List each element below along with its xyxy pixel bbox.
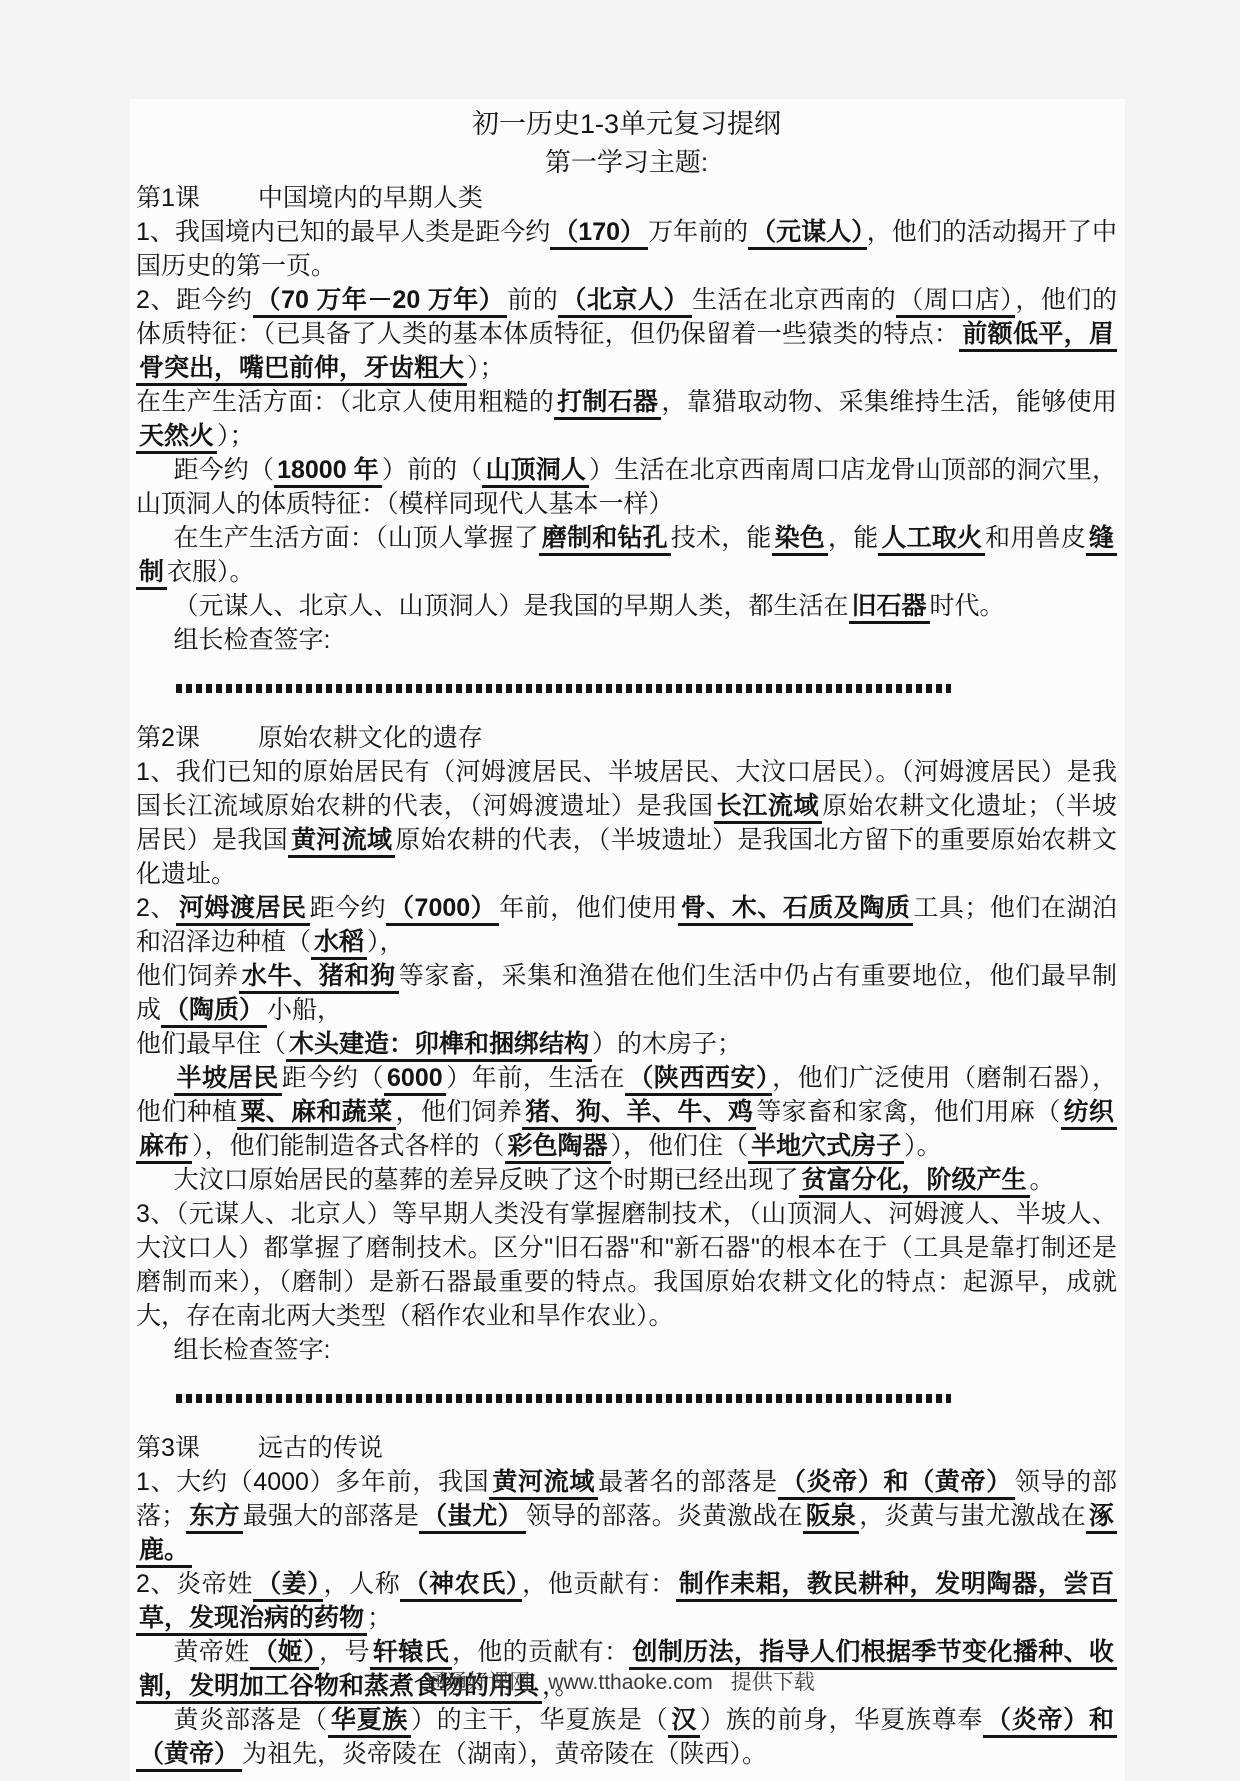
document-page: 初一历史1-3单元复习提纲 第一学习主题: 第1课中国境内的早期人类1、我国境内… — [130, 99, 1125, 1754]
section-heading: 第1课中国境内的早期人类 — [136, 181, 1117, 215]
text-run: 1、大约（4000）多年前，我国 — [136, 1468, 489, 1496]
filled-blank-text: 彩色陶器 — [505, 1132, 611, 1164]
filled-blank-text: （炎帝）和（黄帝） — [778, 1468, 1015, 1500]
text-run: 万年前的 — [648, 218, 748, 246]
paragraph: 距今约（18000 年）前的（山顶洞人）生活在北京西南周口店龙骨山顶部的洞穴里，… — [136, 453, 1117, 521]
paragraph: 2、河姆渡居民距今约（7000）年前，他们使用骨、木、石质及陶质工具；他们在湖泊… — [136, 891, 1117, 959]
signature-label: 组长检查签字: — [136, 623, 1117, 657]
text-run: ，人称 — [323, 1570, 400, 1598]
filled-blank-text: 人工取火 — [878, 524, 985, 556]
section-number: 第1课 — [136, 181, 200, 215]
section-number: 第3课 — [136, 1431, 200, 1465]
filled-blank-text: 18000 年 — [274, 456, 382, 488]
filled-blank-text: （70 万年－20 万年） — [253, 286, 508, 318]
paragraph: 他们最早住（木头建造：卯榫和捆绑结构）的木房子； — [136, 1027, 1117, 1061]
filled-blank-text: 黄河流域 — [489, 1468, 598, 1500]
text-run: 为祖先，炎帝陵在（湖南），黄帝陵在（陕西）。 — [242, 1740, 767, 1754]
text-run: ，他的贡献有： — [452, 1638, 630, 1666]
text-run: 前的 — [507, 286, 558, 314]
section-heading: 第3课远古的传说 — [136, 1431, 1117, 1465]
text-run: 和用兽皮 — [985, 524, 1086, 552]
section-title: 原始农耕文化的遗存 — [258, 721, 483, 755]
signature-label: 组长检查签字: — [136, 1333, 1117, 1367]
filled-blank-text: 打制石器 — [554, 388, 661, 420]
paragraph: 3、（元谋人、北京人）等早期人类没有掌握磨制技术，（山顶洞人、河姆渡人、半坡人、… — [136, 1197, 1117, 1333]
text-run: ； — [367, 1604, 392, 1632]
text-run: ，能 — [828, 524, 878, 552]
section-heading: 第2课原始农耕文化的遗存 — [136, 721, 1117, 755]
text-run: ），他们能制造各式各样的（ — [192, 1132, 505, 1160]
text-run: ）年前，生活在 — [446, 1064, 626, 1092]
filled-blank-text: 半坡居民 — [174, 1064, 282, 1096]
text-run: 小船， — [267, 996, 342, 1024]
paragraph: 他们饲养水牛、猪和狗等家畜，采集和渔猎在他们生活中仍占有重要地位，他们最早制成（… — [136, 959, 1117, 1027]
paragraph: 1、我国境内已知的最早人类是距今约（170）万年前的（元谋人），他们的活动揭开了… — [136, 215, 1117, 283]
text-run: ，号 — [319, 1638, 370, 1666]
page-footer: 通通好课网www.tthaoke.com提供下载 — [0, 1668, 1240, 1698]
text-run: 年前，他们使用 — [499, 894, 678, 922]
text-run: ）的主干，华夏族是（ — [411, 1706, 668, 1734]
text-run: ）， — [367, 928, 405, 956]
text-run: 距今约（ — [282, 1064, 384, 1092]
text-run: 黄帝姓 — [174, 1638, 250, 1666]
filled-blank-text: 水牛、猪和狗 — [239, 962, 399, 994]
text-run: 最强大的部落是 — [243, 1502, 419, 1530]
text-run: （元谋人、北京人、山顶洞人）是我国的早期人类，都生活在 — [174, 592, 849, 620]
paragraph: 在生产生活方面：（山顶人掌握了磨制和钻孔技术，能染色，能人工取火和用兽皮缝制衣服… — [136, 521, 1117, 589]
filled-blank-text: （陶质） — [161, 996, 267, 1028]
text-run: 最著名的部落是 — [598, 1468, 778, 1496]
text-run: 衣服）。 — [167, 558, 255, 586]
filled-blank-text: （陕西西安） — [625, 1064, 772, 1096]
filled-blank-text: 阪泉 — [803, 1502, 859, 1534]
text-run: 2、炎帝姓 — [136, 1570, 253, 1598]
filled-blank-text: 猪、狗、羊、牛、鸡 — [522, 1098, 756, 1130]
text-run: 他们饲养 — [136, 962, 239, 990]
text-run: ），他们住（ — [611, 1132, 749, 1160]
paragraph: 在生产生活方面：（北京人使用粗糙的打制石器，靠猎取动物、采集维持生活，能够使用天… — [136, 385, 1117, 453]
filled-blank-text: （姜） — [253, 1570, 323, 1602]
section-3: 第3课远古的传说1、大约（4000）多年前，我国黄河流域最著名的部落是（炎帝）和… — [136, 1431, 1117, 1754]
section-2: 第2课原始农耕文化的遗存1、我们已知的原始居民有（河姆渡居民、半坡居民、大汶口居… — [136, 721, 1117, 1403]
paragraph: 黄炎部落是（华夏族）的主干，华夏族是（汉）族的前身，华夏族尊奉（炎帝）和（黄帝）… — [136, 1703, 1117, 1754]
footer-download-text: 提供下载 — [731, 1671, 815, 1694]
paragraph: 1、我们已知的原始居民有（河姆渡居民、半坡居民、大汶口居民）。（河姆渡居民）是我… — [136, 755, 1117, 891]
text-run: ）； — [217, 422, 255, 450]
text-run: 2、距今约 — [136, 286, 253, 314]
filled-blank-text: 华夏族 — [328, 1706, 411, 1738]
section-1: 第1课中国境内的早期人类1、我国境内已知的最早人类是距今约（170）万年前的（元… — [136, 181, 1117, 693]
filled-blank-text: 骨、木、石质及陶质 — [678, 894, 914, 926]
sections-container: 第1课中国境内的早期人类1、我国境内已知的最早人类是距今约（170）万年前的（元… — [136, 181, 1117, 1754]
filled-blank-text: （元谋人） — [748, 218, 867, 250]
footer-site-name: 通通好课网 — [425, 1671, 530, 1694]
text-run: 在生产生活方面：（山顶人掌握了 — [174, 524, 539, 552]
filled-blank-text: （姬） — [250, 1638, 320, 1670]
text-run: 大汶口原始居民的墓葬的差异反映了这个时期已经出现了 — [174, 1166, 799, 1194]
filled-blank-text: 河姆渡居民 — [176, 894, 310, 926]
text-run: 黄炎部落是（ — [174, 1706, 328, 1734]
text-run: 3、（元谋人、北京人）等早期人类没有掌握磨制技术，（山顶洞人、河姆渡人、半坡人、… — [136, 1200, 1117, 1330]
text-run: 领导的部落。炎黄激战在 — [526, 1502, 803, 1530]
filled-blank-text: 水稻 — [311, 928, 367, 960]
paragraph: 大汶口原始居民的墓葬的差异反映了这个时期已经出现了贫富分化，阶级产生。 — [136, 1163, 1117, 1197]
text-run: ，炎黄与蚩尤激战在 — [859, 1502, 1086, 1530]
filled-blank-text: 木头建造：卯榫和捆绑结构 — [286, 1030, 592, 1062]
filled-blank-text: 磨制和钻孔 — [539, 524, 671, 556]
dotted-divider — [176, 684, 951, 693]
paragraph: 1、大约（4000）多年前，我国黄河流域最著名的部落是（炎帝）和（黄帝）领导的部… — [136, 1465, 1117, 1567]
paragraph: （元谋人、北京人、山顶洞人）是我国的早期人类，都生活在旧石器时代。 — [136, 589, 1117, 623]
text-run: 时代。 — [930, 592, 1005, 620]
text-run: ）前的（ — [382, 456, 483, 484]
filled-blank-text: （7000） — [386, 894, 499, 926]
text-run: ）。 — [904, 1132, 942, 1160]
filled-blank-text: 黄河流域 — [288, 826, 395, 858]
filled-blank-text: 半地穴式房子 — [748, 1132, 904, 1164]
paragraph: 半坡居民距今约（6000）年前，生活在（陕西西安），他们广泛使用（磨制石器），他… — [136, 1061, 1117, 1163]
filled-blank-text: 旧石器 — [849, 592, 930, 624]
paragraph: 2、炎帝姓（姜），人称（神农氏），他贡献有：制作耒耜，教民耕种，发明陶器，尝百草… — [136, 1567, 1117, 1635]
filled-blank-text: （北京人） — [558, 286, 692, 318]
text-run: ，他们饲养 — [396, 1098, 523, 1126]
section-title: 远古的传说 — [258, 1431, 383, 1465]
filled-blank-text: （170） — [550, 218, 648, 250]
text-run: ）； — [467, 354, 505, 382]
text-run: ，他贡献有： — [522, 1570, 676, 1598]
section-number: 第2课 — [136, 721, 200, 755]
dotted-divider — [176, 1394, 951, 1403]
footer-url: www.tthaoke.com — [548, 1671, 713, 1694]
text-run: ）的木房子； — [592, 1030, 742, 1058]
filled-blank-text: 粟、麻和蔬菜 — [237, 1098, 395, 1130]
filled-blank-text: 轩辕氏 — [370, 1638, 452, 1670]
underlined-text: （周口店） — [896, 286, 1015, 318]
text-run: 技术，能 — [671, 524, 772, 552]
text-run: 等家畜和家禽，他们用麻（ — [756, 1098, 1060, 1126]
text-run: 1、我国境内已知的最早人类是距今约 — [136, 218, 550, 246]
filled-blank-text: 染色 — [772, 524, 828, 556]
text-run: 2、 — [136, 894, 176, 922]
filled-blank-text: 天然火 — [136, 422, 217, 454]
text-run: 距今约 — [310, 894, 387, 922]
filled-blank-text: 汉 — [668, 1706, 700, 1738]
text-run: ，靠猎取动物、采集维持生活，能够使用 — [661, 388, 1117, 416]
text-run: ）族的前身，华夏族尊奉 — [700, 1706, 983, 1734]
paragraph: 2、距今约（70 万年－20 万年）前的（北京人）生活在北京西南的（周口店），他… — [136, 283, 1117, 385]
filled-blank-text: （蚩尤） — [419, 1502, 526, 1534]
filled-blank-text: （神农氏） — [400, 1570, 522, 1602]
section-title: 中国境内的早期人类 — [258, 181, 483, 215]
filled-blank-text: 东方 — [186, 1502, 243, 1534]
text-run: 他们最早住（ — [136, 1030, 286, 1058]
filled-blank-text: 长江流域 — [714, 792, 823, 824]
filled-blank-text: 山顶洞人 — [482, 456, 589, 488]
document-subtitle: 第一学习主题: — [136, 143, 1117, 181]
filled-blank-text: 贫富分化，阶级产生 — [799, 1166, 1030, 1198]
document-title: 初一历史1-3单元复习提纲 — [136, 105, 1117, 143]
text-run: 。 — [1030, 1166, 1055, 1194]
filled-blank-text: 6000 — [384, 1064, 446, 1096]
text-run: 生活在北京西南的 — [692, 286, 896, 314]
text-run: 在生产生活方面：（北京人使用粗糙的 — [136, 388, 554, 416]
text-run: 距今约（ — [174, 456, 275, 484]
